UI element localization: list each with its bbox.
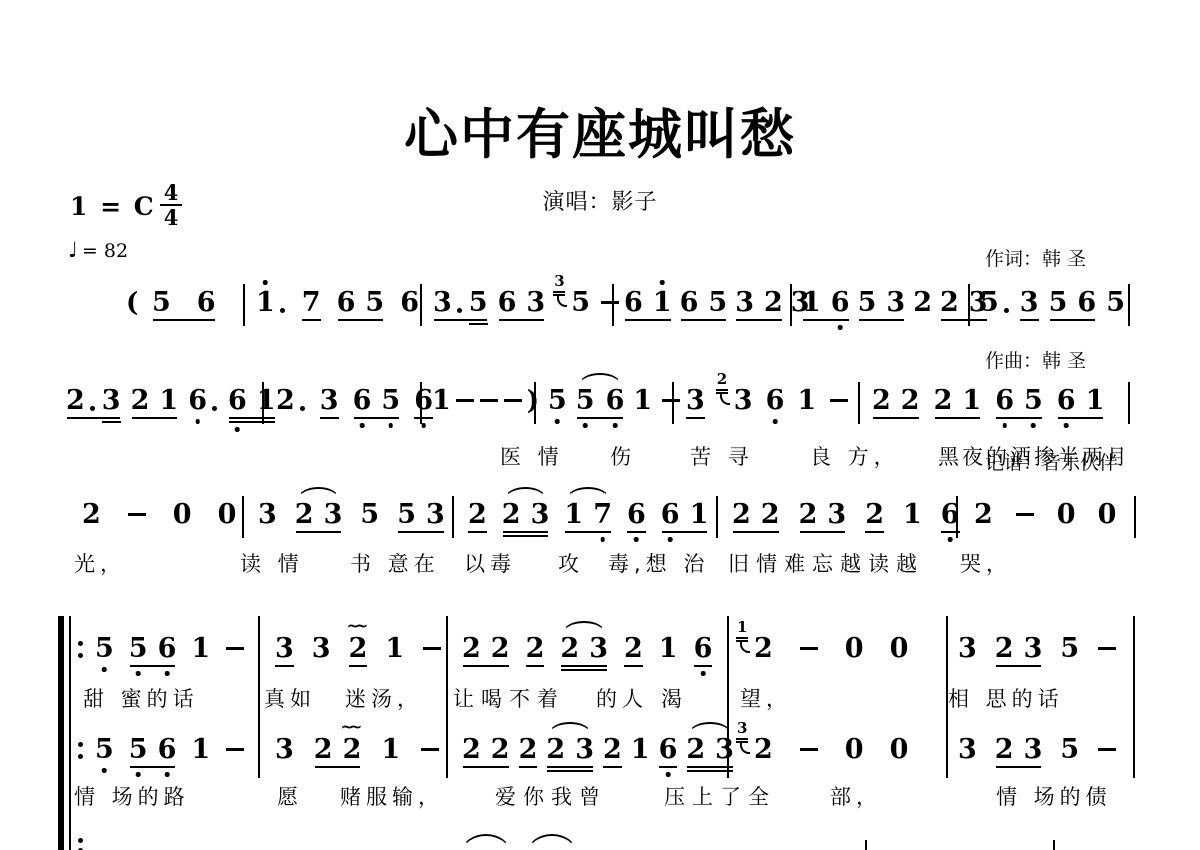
- measure-segment: [534, 386, 536, 424]
- note-token: 3: [531, 500, 550, 534]
- note-digit: 1: [962, 385, 981, 416]
- note-digit: 3: [258, 499, 277, 530]
- note-digit: 6: [1077, 287, 1096, 318]
- measure-segment: [452, 500, 454, 538]
- duration-underline: [686, 417, 705, 419]
- note-digit: 5: [95, 633, 114, 664]
- note-token: 5: [1060, 735, 1079, 769]
- repeat-dot: [78, 742, 83, 747]
- repeat-thin-bar: [69, 616, 71, 850]
- measure-segment: [420, 386, 422, 424]
- note-token: 6: [1057, 386, 1076, 420]
- note-token: 1: [659, 634, 678, 668]
- measure-segment: [243, 288, 245, 326]
- dash-note: [503, 386, 523, 416]
- beamed-group: 23: [66, 386, 121, 420]
- note-token: 2: [995, 634, 1014, 668]
- note-digit: 7: [302, 287, 321, 318]
- note-token: 3: [886, 288, 905, 322]
- measure-segment: [1134, 500, 1136, 538]
- note-token: 2: [764, 288, 783, 322]
- measure-segment: 2300: [738, 735, 908, 769]
- note-token: 2: [519, 735, 538, 769]
- lyric-phrase: 良 方，: [810, 444, 900, 470]
- dash-note: [225, 634, 245, 664]
- note-token: 1: [256, 288, 275, 322]
- note-digit: 0: [1098, 499, 1117, 530]
- barline: [534, 382, 536, 424]
- note-digit: 5: [576, 385, 595, 416]
- note-digit: 5: [708, 287, 727, 318]
- dash-note: [1015, 500, 1035, 530]
- beamed-group: 22: [462, 735, 510, 769]
- barline: [858, 382, 860, 424]
- note-token: 0: [1098, 500, 1117, 534]
- beam-underline: [296, 531, 342, 533]
- note-token: 6: [158, 634, 177, 668]
- mordent-ornament: ∼∼: [347, 616, 364, 635]
- note-token: 1: [631, 735, 650, 769]
- beamed-group: 23: [995, 634, 1043, 668]
- beamed-group: 61: [228, 386, 276, 420]
- note-token: 5: [95, 735, 114, 769]
- octave-dot-low: [668, 537, 673, 542]
- measure-segment: [956, 500, 958, 538]
- note-token: 5: [129, 634, 148, 668]
- note-token: 2: [66, 386, 85, 420]
- augmentation-dot: [300, 406, 305, 411]
- note-digit: 6: [606, 385, 625, 416]
- note-token: 0: [890, 735, 909, 769]
- note-token: 6: [353, 386, 372, 420]
- beam-underline: [800, 531, 846, 533]
- measure-segment: 200: [82, 500, 236, 534]
- beam-underline: [561, 665, 607, 667]
- note-token: 1: [257, 386, 276, 420]
- note-token: 3: [526, 288, 545, 322]
- note-token: 2: [462, 634, 481, 668]
- note-token: 5: [980, 288, 999, 322]
- beam-underline: [565, 531, 611, 533]
- note-token: 3: [275, 634, 294, 668]
- note-digit: 6: [680, 287, 699, 318]
- beamed-group: 56: [152, 288, 216, 322]
- note-digit: 3: [426, 499, 445, 530]
- barline: [242, 496, 244, 538]
- note-token: 2: [940, 288, 959, 322]
- lyric-phrase: 医 情: [500, 444, 564, 470]
- beam-underline: [996, 665, 1042, 667]
- beam-underline: [338, 319, 384, 321]
- note-digit: 3: [433, 287, 452, 318]
- duration-underline: [469, 323, 488, 325]
- note-digit: 5: [152, 287, 171, 318]
- beam-underline: [547, 766, 593, 768]
- note-digit: 2: [865, 499, 884, 530]
- beam-underline: [873, 417, 919, 419]
- note-digit: 5: [129, 633, 148, 664]
- note-digit: 2: [491, 734, 510, 765]
- note-token: 2: [872, 386, 891, 420]
- note-token: 6: [1077, 288, 1096, 322]
- octave-dot-low: [136, 671, 141, 676]
- note-digit: 5: [1049, 287, 1068, 318]
- measure-segment: 200: [974, 500, 1116, 534]
- note-digit: 3: [686, 385, 705, 416]
- beam-underline: [315, 766, 361, 768]
- beamed-group: 53: [858, 288, 906, 322]
- note-digit: 3: [312, 633, 331, 664]
- note-digit: 2: [276, 385, 295, 416]
- dash-note: [479, 386, 499, 416]
- note-digit: 2: [732, 499, 751, 530]
- note-digit: 6: [158, 633, 177, 664]
- note-token: 3: [312, 634, 331, 668]
- note-token: 1: [962, 386, 981, 420]
- octave-dot-low: [838, 325, 843, 330]
- note-token: 2: [761, 500, 780, 534]
- note-token: 3: [433, 288, 452, 322]
- beam-underline: [733, 531, 779, 533]
- grace-tie-hook: [557, 296, 567, 307]
- measure-segment: 2223216: [732, 500, 960, 534]
- note-token: 5: [1024, 386, 1043, 420]
- measure-segment: 22223216: [462, 634, 712, 668]
- octave-dot-low: [613, 423, 618, 428]
- note-digit: 3: [275, 734, 294, 765]
- beamed-group-slur: 23: [295, 500, 343, 534]
- note-digit: 1: [191, 734, 210, 765]
- barline: [420, 284, 422, 326]
- note-digit: 3: [1024, 734, 1043, 765]
- note-token: 2: [82, 500, 101, 534]
- beamed-group-slur: 23: [502, 500, 550, 534]
- note-token: 2: [913, 288, 932, 322]
- beam-underline: [561, 669, 607, 671]
- measure-segment: 2222321623: [462, 735, 734, 769]
- note-digit: 2: [754, 734, 773, 765]
- duration-underline: [275, 665, 294, 667]
- grace-note: 2: [716, 386, 730, 416]
- lyric-phrase: 压上了全: [664, 784, 776, 810]
- note-digit: 3: [320, 385, 339, 416]
- note-digit: 2: [314, 734, 333, 765]
- note-token: 5: [381, 386, 400, 420]
- lyric-phrase: 光，: [74, 551, 126, 577]
- lyric-phrase: 爱你我曾: [495, 784, 607, 810]
- note-digit: 5: [381, 385, 400, 416]
- note-token: 2: [732, 500, 751, 534]
- note-digit: 2: [295, 499, 314, 530]
- slur-arc-partial: [528, 834, 576, 850]
- lyric-phrase: 迷汤，: [345, 686, 423, 712]
- note-token: 6: [624, 288, 643, 322]
- beamed-group-slur: 56: [576, 386, 625, 420]
- jianpu-line-2: 2321661236561)55613326122216561: [0, 386, 1200, 436]
- measure-segment: 2100: [738, 634, 908, 668]
- note-digit: 6: [1057, 385, 1076, 416]
- note-digit: 6: [694, 633, 713, 664]
- barline: [1134, 496, 1136, 538]
- lyric-phrase: 情 场的债: [996, 784, 1112, 810]
- note-digit: 2: [468, 499, 487, 530]
- note-digit: 6: [158, 734, 177, 765]
- note-token: 5: [1049, 288, 1068, 322]
- lyric-phrase: 黑夜的酒掺半两月: [938, 444, 1130, 470]
- note-token: 2: [131, 386, 150, 420]
- note-token: 6: [831, 288, 850, 322]
- note-token: 1: [802, 288, 821, 322]
- note-digit: 3: [1024, 633, 1043, 664]
- dash-note: [225, 735, 245, 765]
- note-digit: 2: [940, 287, 959, 318]
- note-token: 5: [1060, 634, 1079, 668]
- octave-dot-low: [634, 537, 639, 542]
- note-token: 2: [560, 634, 579, 668]
- close-paren: ): [527, 386, 539, 416]
- beamed-group: 32: [735, 288, 783, 322]
- beam-underline: [577, 417, 624, 419]
- note-token: 2: [686, 735, 705, 769]
- beamed-group: 22∼∼: [314, 735, 362, 769]
- note-digit: 3: [958, 633, 977, 664]
- measure-segment: [242, 500, 244, 538]
- beam-underline: [803, 319, 849, 321]
- note-digit: 1: [385, 633, 404, 664]
- note-digit: 3: [886, 287, 905, 318]
- measure-segment: 3235: [958, 634, 1117, 668]
- lyric-phrase: 部，: [830, 784, 882, 810]
- note-digit: 6: [498, 287, 517, 318]
- note-token: 3: [735, 288, 754, 322]
- note-digit: 3: [734, 385, 753, 416]
- beam-underline: [1058, 417, 1104, 419]
- note-token: 5: [1106, 288, 1125, 322]
- measure-segment: 23656: [276, 386, 433, 420]
- note-token: 2: [546, 735, 565, 769]
- note-digit: 1: [659, 633, 678, 664]
- note-digit: 5: [1024, 385, 1043, 416]
- measure-segment: 22317661: [468, 500, 708, 534]
- grace-tie-hook: [740, 743, 750, 754]
- dash-note: [1097, 735, 1117, 765]
- jianpu-line-4: 5561332∼∼12222321621003235: [0, 634, 1200, 684]
- octave-dot-low: [1002, 423, 1007, 428]
- barline: [716, 496, 718, 538]
- note-token: 5: [708, 288, 727, 322]
- note-digit: 2: [519, 734, 538, 765]
- duration-underline: [526, 665, 545, 667]
- note-token: 5: [95, 634, 114, 668]
- octave-dot-low: [773, 419, 778, 424]
- measure-segment: 323553: [258, 500, 445, 534]
- augmentation-dot: [280, 308, 285, 313]
- measure-segment: 33261: [686, 386, 849, 420]
- beam-underline: [67, 417, 120, 419]
- lyric-phrase: 伤: [610, 444, 636, 470]
- measure-segment: [716, 500, 718, 538]
- note-digit: 7: [593, 499, 612, 530]
- note-token: 1: [432, 386, 451, 420]
- measure-segment: [858, 386, 860, 424]
- note-token: 2: [799, 500, 818, 534]
- note-digit: 2: [761, 499, 780, 530]
- dash-note: [422, 634, 442, 664]
- grace-underline: [716, 389, 728, 391]
- note-digit: 3: [827, 499, 846, 530]
- note-token: 6: [661, 500, 680, 534]
- beam-underline: [547, 770, 593, 772]
- barline-stub: [865, 840, 867, 850]
- dash-note: [455, 386, 475, 416]
- note-token: 3: [1020, 288, 1039, 322]
- score-area: (561765635635361653231653223535652321661…: [0, 0, 1200, 850]
- note-token: 23: [754, 735, 773, 769]
- repeat-dot: [78, 641, 83, 646]
- note-digit: 1: [903, 499, 922, 530]
- barline: [790, 284, 792, 326]
- note-digit: 1: [631, 734, 650, 765]
- beam-underline: [996, 766, 1042, 768]
- note-digit: 6: [766, 385, 785, 416]
- barline: [956, 496, 958, 538]
- beamed-group: 53: [397, 500, 445, 534]
- note-digit: 0: [845, 633, 864, 664]
- octave-dot-low: [701, 671, 706, 676]
- measure-segment: [1128, 288, 1130, 326]
- system-barline: [946, 616, 948, 778]
- beam-underline: [434, 319, 487, 321]
- note-digit: 3: [575, 734, 594, 765]
- note-digit: 6: [661, 499, 680, 530]
- dash-note: [127, 500, 147, 530]
- measure-segment: [790, 288, 792, 326]
- note-token: 2: [526, 634, 545, 668]
- system-barline: [1133, 616, 1135, 778]
- slur-arc-partial: [462, 834, 510, 850]
- note-digit: 2: [995, 633, 1014, 664]
- note-digit: 3: [526, 287, 545, 318]
- note-token: 0: [890, 634, 909, 668]
- measure-segment: 2321661: [66, 386, 276, 420]
- note-token: 3: [324, 500, 343, 534]
- note-digit: 6: [188, 385, 207, 416]
- beamed-group: 56: [129, 634, 177, 668]
- beamed-group: 61: [1057, 386, 1105, 420]
- note-token: 1: [564, 500, 583, 534]
- note-digit: 3: [589, 633, 608, 664]
- note-digit: 0: [890, 633, 909, 664]
- note-digit: 6: [659, 734, 678, 765]
- repeat-dot: [78, 838, 83, 843]
- note-digit: 0: [890, 734, 909, 765]
- beamed-group: 23: [995, 735, 1043, 769]
- beam-underline: [1050, 319, 1096, 321]
- note-token: 0: [218, 500, 237, 534]
- repeat-thick-bar: [58, 616, 64, 850]
- barline: [452, 496, 454, 538]
- dash-note: [829, 386, 849, 416]
- note-token: 3: [1024, 634, 1043, 668]
- octave-dot-low: [360, 423, 365, 428]
- note-token: 1: [1086, 386, 1105, 420]
- note-digit: 5: [1060, 734, 1079, 765]
- note-token: 6: [337, 288, 356, 322]
- note-token: 7: [593, 500, 612, 534]
- note-digit: 6: [337, 287, 356, 318]
- note-digit: 2: [131, 385, 150, 416]
- grace-note-digit: 3: [737, 721, 747, 736]
- lyric-phrase: 以毒: [464, 551, 516, 577]
- note-token: 6: [995, 386, 1014, 420]
- beam-underline: [499, 319, 545, 321]
- note-token: 1: [385, 634, 404, 668]
- note-digit: 3: [958, 734, 977, 765]
- octave-dot-low: [1031, 423, 1036, 428]
- beamed-group: 65: [353, 386, 401, 420]
- octave-dot-low: [666, 772, 671, 777]
- augmentation-dot: [90, 406, 95, 411]
- duration-underline: [349, 665, 368, 667]
- note-token: 2: [295, 500, 314, 534]
- note-digit: 3: [102, 385, 121, 416]
- note-token: 6: [606, 386, 625, 420]
- barline: [420, 382, 422, 424]
- note-token: 0: [845, 735, 864, 769]
- lyric-phrase: 渴: [661, 686, 687, 712]
- note-token: 6: [627, 500, 646, 534]
- note-token: 32: [734, 386, 753, 420]
- note-token: 6: [197, 288, 216, 322]
- note-digit: 2: [934, 385, 953, 416]
- note-token: 1: [797, 386, 816, 420]
- note-token: 2∼∼: [349, 634, 368, 668]
- barline-stub: [1053, 840, 1055, 850]
- octave-dot-low: [102, 768, 107, 773]
- note-token: 6: [498, 288, 517, 322]
- note-digit: 1: [381, 734, 400, 765]
- sheet-music-page: 心中有座城叫愁 演唱：影子 作词：韩 圣 作曲：韩 圣 记谱：音乐伙伴 1 = …: [0, 0, 1200, 850]
- beam-underline: [662, 531, 708, 533]
- note-digit: 2: [913, 287, 932, 318]
- repeat-dot: [78, 653, 83, 658]
- lyric-phrase: 攻: [558, 551, 584, 577]
- measure-segment: 5561: [548, 386, 681, 420]
- note-digit: 2: [764, 287, 783, 318]
- note-token: 2: [934, 386, 953, 420]
- note-token: 3: [958, 735, 977, 769]
- note-digit: 3: [715, 734, 734, 765]
- dash-note: [420, 735, 440, 765]
- note-digit: 2: [546, 734, 565, 765]
- measure-segment: [672, 386, 674, 424]
- note-token: 3: [258, 500, 277, 534]
- note-token: 6: [414, 386, 433, 420]
- note-digit: 0: [173, 499, 192, 530]
- note-token: 5: [576, 386, 595, 420]
- beam-underline: [859, 319, 905, 321]
- note-digit: 6: [627, 499, 646, 530]
- lyric-phrase: 哭，: [960, 551, 1012, 577]
- lyric-phrase: 相 思的话: [948, 686, 1064, 712]
- note-token: 2: [865, 500, 884, 534]
- note-token: 2: [974, 500, 993, 534]
- note-digit: 5: [858, 287, 877, 318]
- note-token: 2: [491, 735, 510, 769]
- note-token: 2: [276, 386, 295, 420]
- system-barline: [446, 616, 448, 778]
- note-digit: 5: [469, 287, 488, 318]
